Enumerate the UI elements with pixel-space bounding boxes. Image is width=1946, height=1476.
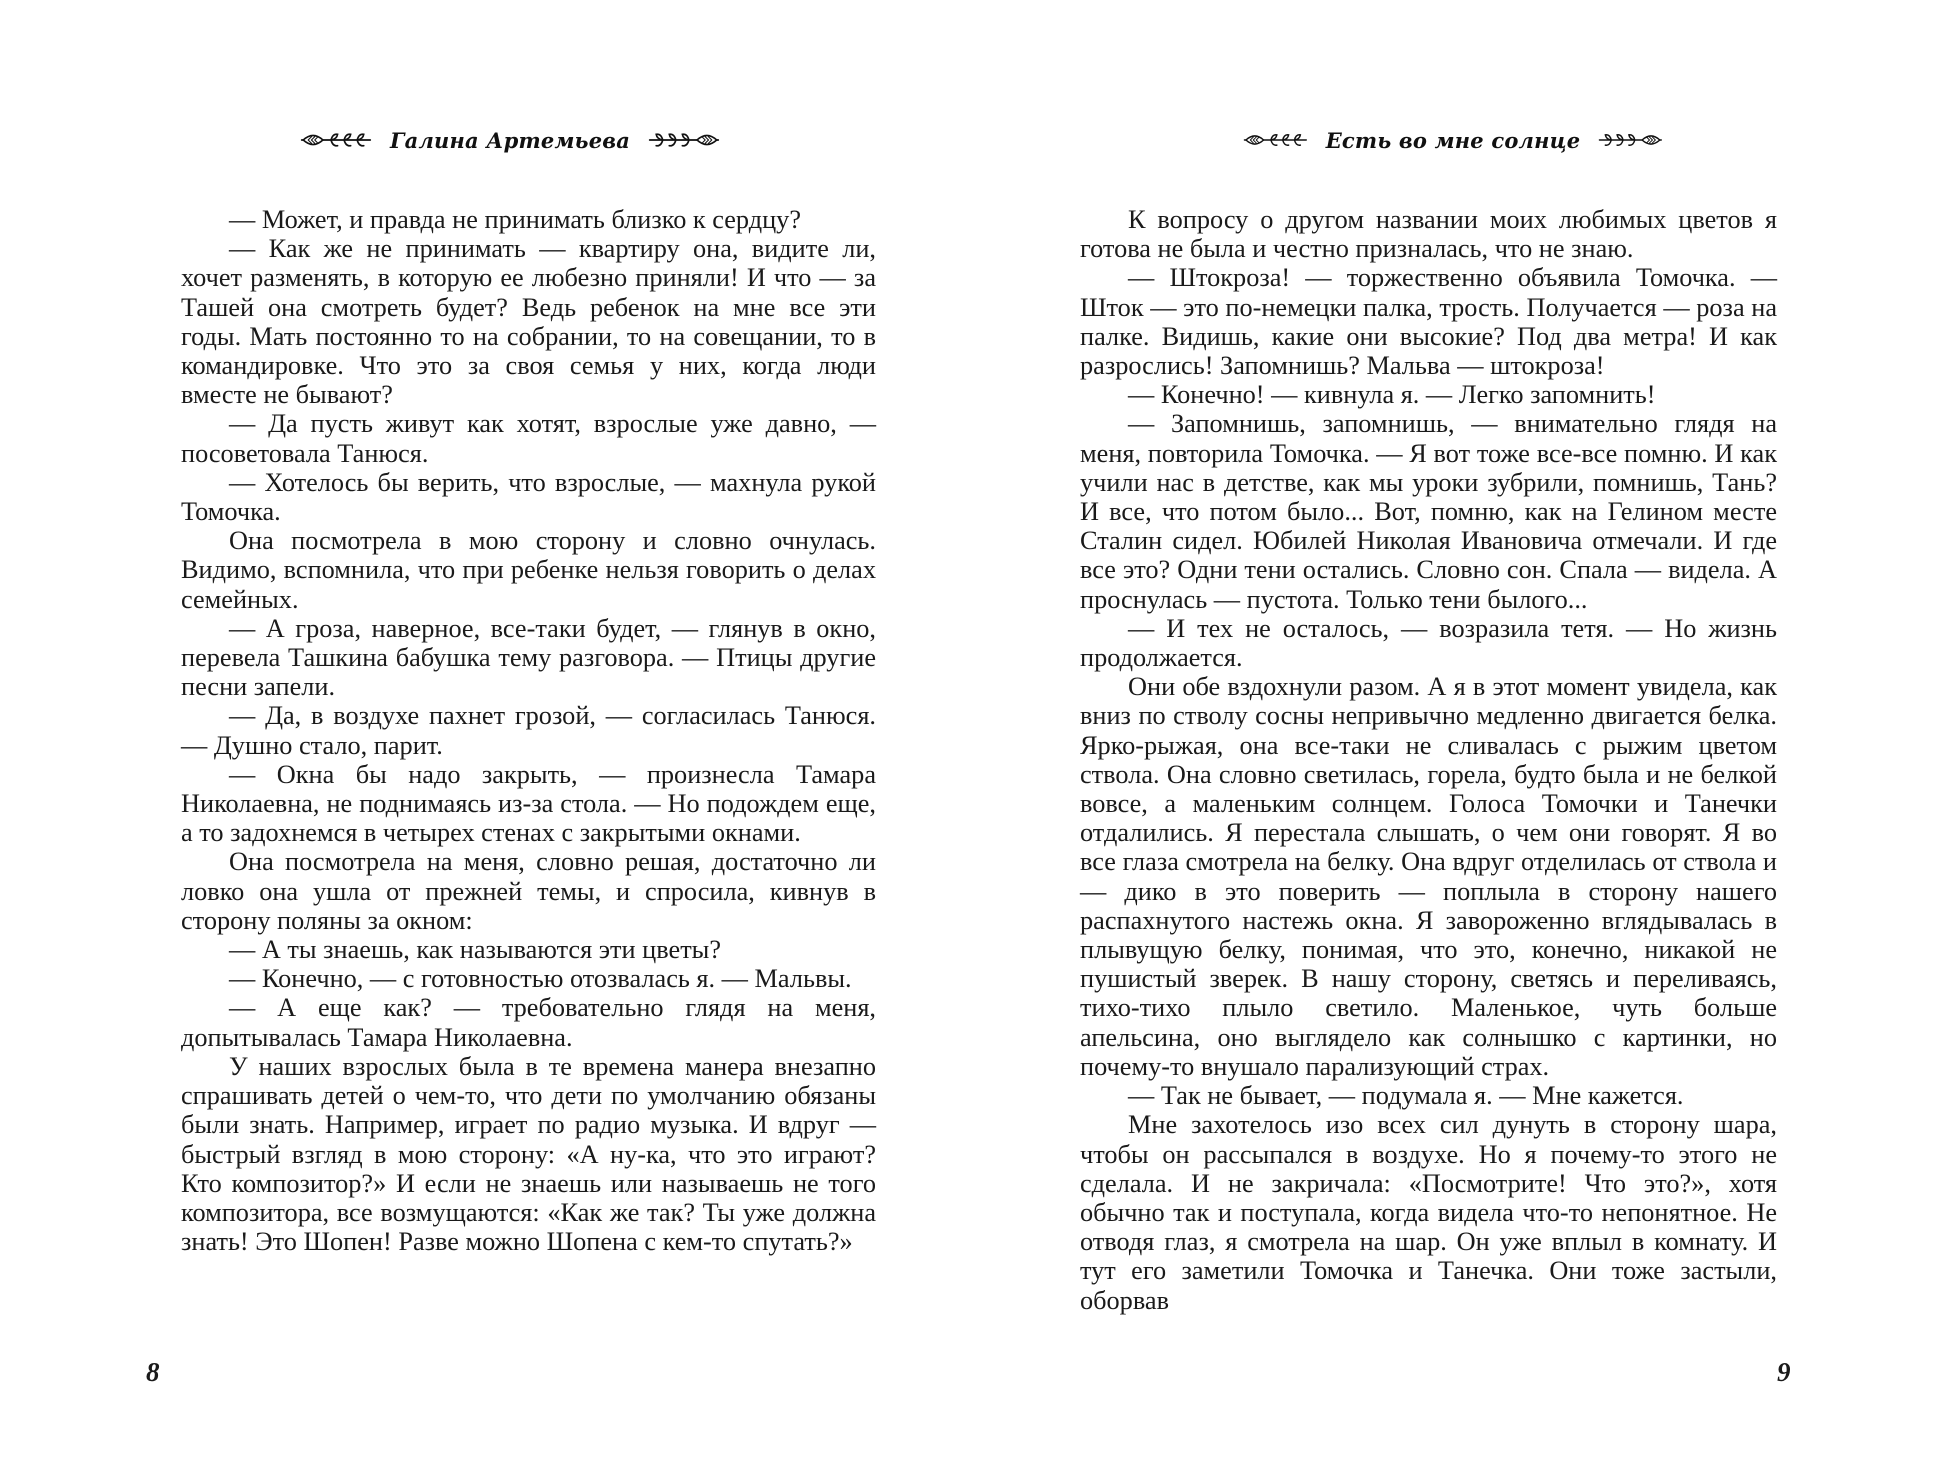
paragraph: — А ты знаешь, как называются эти цветы? — [181, 935, 876, 964]
paragraph: — Да, в воздухе пахнет грозой, — согласи… — [181, 701, 876, 759]
paragraph: — Конечно! — кивнула я. — Легко запомнит… — [1080, 380, 1777, 409]
paragraph: К вопросу о другом названии моих любимых… — [1080, 205, 1777, 263]
left-page: Галина Артемьева — Может, и правда не пр… — [0, 0, 973, 1476]
paragraph: Они обе вздохнули разом. А я в этот моме… — [1080, 672, 1777, 1081]
paragraph: — Так не бывает, — подумала я. — Мне каж… — [1080, 1081, 1777, 1110]
paragraph: — Запомнишь, запомнишь, — внимательно гл… — [1080, 409, 1777, 613]
paragraph: — Да пусть живут как хотят, взрослые уже… — [181, 409, 876, 467]
vine-leaf-right-icon — [648, 129, 720, 151]
author-name: Галина Артемьева — [390, 128, 630, 153]
right-page: Есть во мне солнце К вопросу о другом на… — [973, 0, 1946, 1476]
page-number-left: 8 — [146, 1357, 160, 1388]
vine-leaf-left-icon — [1243, 129, 1308, 151]
paragraph: — И тех не осталось, — возразила тетя. —… — [1080, 614, 1777, 672]
paragraph: — Окна бы надо закрыть, — произнесла Там… — [181, 760, 876, 848]
page-number-right: 9 — [1777, 1357, 1791, 1388]
body-text-left: — Может, и правда не принимать близко к … — [181, 205, 876, 1256]
paragraph: — Конечно, — с готовностью отозвалась я.… — [181, 964, 876, 993]
paragraph: — Может, и правда не принимать близко к … — [181, 205, 876, 234]
body-text-right: К вопросу о другом названии моих любимых… — [1080, 205, 1777, 1315]
paragraph: У наших взрослых была в те времена манер… — [181, 1052, 876, 1256]
vine-leaf-left-icon — [300, 129, 372, 151]
paragraph: Она посмотрела в мою сторону и словно оч… — [181, 526, 876, 614]
vine-leaf-right-icon — [1598, 129, 1663, 151]
running-head-right: Есть во мне солнце — [1243, 120, 1663, 160]
paragraph: Мне захотелось изо всех сил дунуть в сто… — [1080, 1110, 1777, 1314]
paragraph: — Хотелось бы верить, что взрослые, — ма… — [181, 468, 876, 526]
running-head-left: Галина Артемьева — [300, 120, 720, 160]
book-title: Есть во мне солнце — [1326, 128, 1581, 153]
paragraph: — А еще как? — требовательно глядя на ме… — [181, 993, 876, 1051]
paragraph: — Штокроза! — торжественно объявила Томо… — [1080, 263, 1777, 380]
paragraph: Она посмотрела на меня, словно решая, до… — [181, 847, 876, 935]
paragraph: — Как же не принимать — квартиру она, ви… — [181, 234, 876, 409]
paragraph: — А гроза, наверное, все-таки будет, — г… — [181, 614, 876, 702]
